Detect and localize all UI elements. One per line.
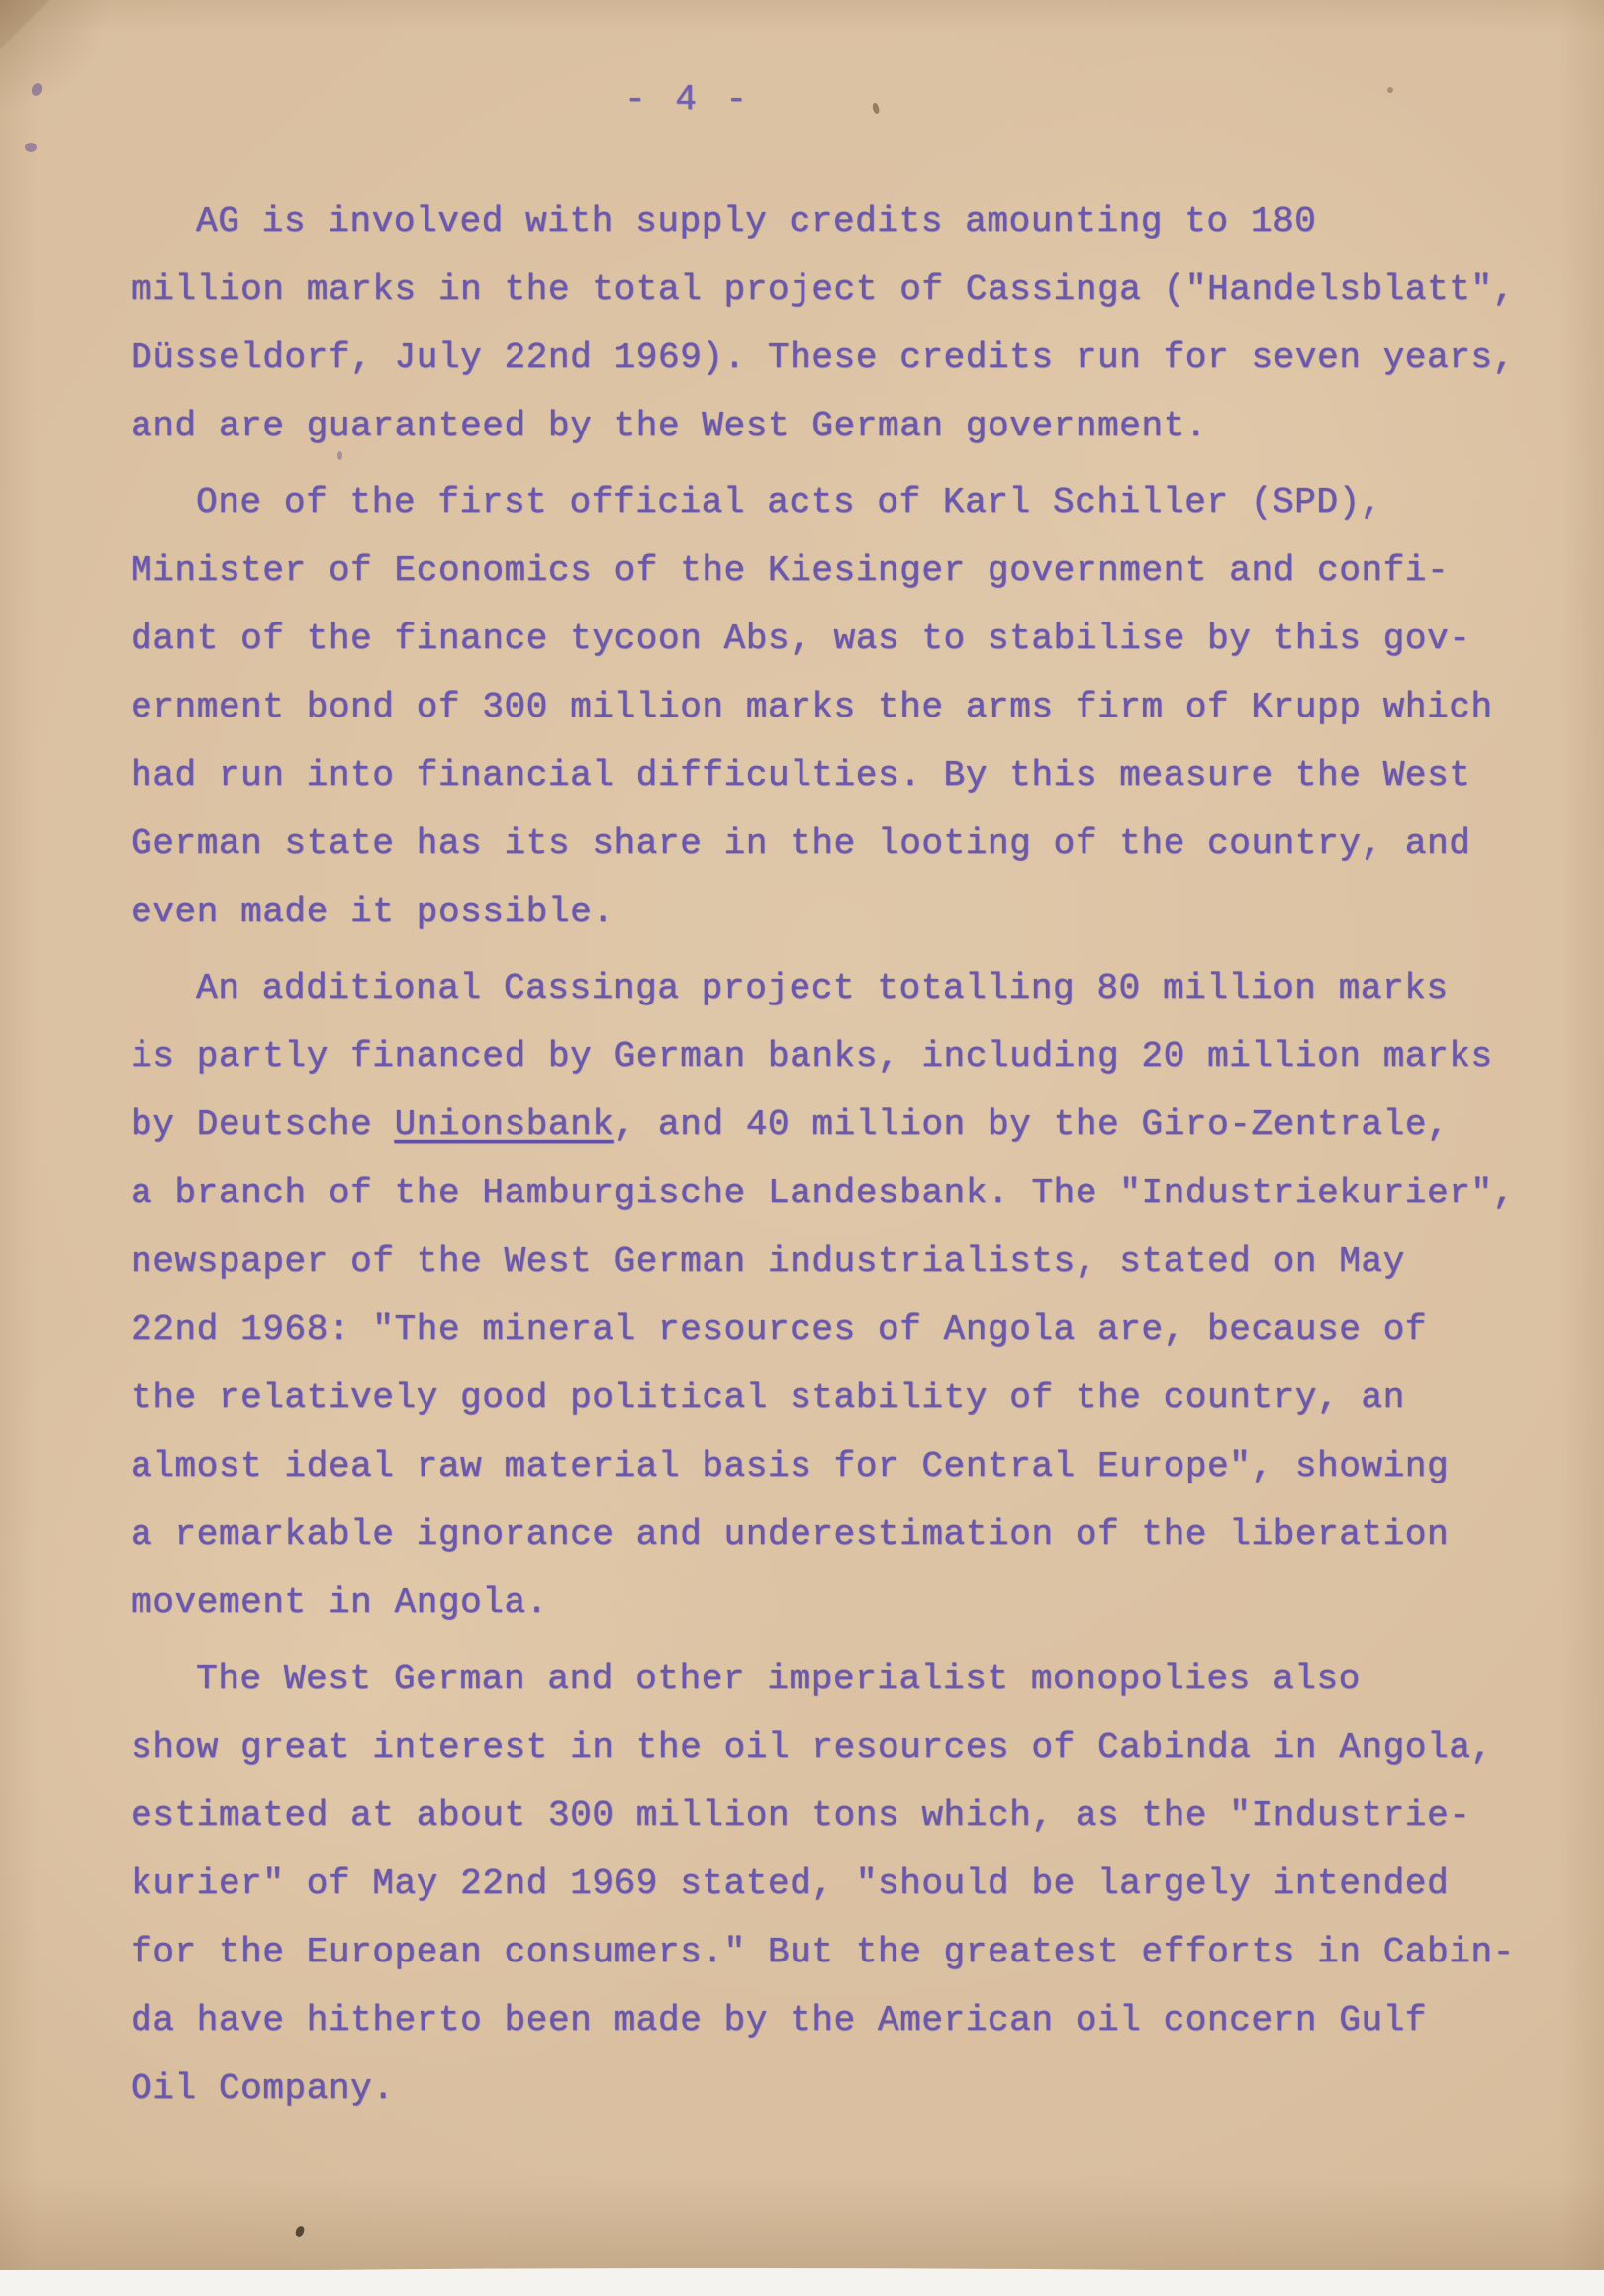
- ink-speck: [295, 2225, 306, 2238]
- text-line: a remarkable ignorance and underestimati…: [131, 1500, 1536, 1569]
- text-line: Minister of Economics of the Kiesinger g…: [131, 536, 1536, 605]
- text-line: movement in Angola.: [131, 1569, 1536, 1637]
- document-page: - 4 - AG is involved with supply credits…: [0, 0, 1604, 2270]
- paragraph-2: One of the first official acts of Karl S…: [131, 468, 1536, 946]
- text-line: by Deutsche Unionsbank, and 40 million b…: [131, 1091, 1536, 1159]
- paragraph-4: The West German and other imperialist mo…: [131, 1645, 1536, 2123]
- text-line: is partly financed by German banks, incl…: [131, 1022, 1536, 1091]
- text-line: a branch of the Hamburgische Landesbank.…: [131, 1159, 1536, 1227]
- document-text: AG is involved with supply credits amoun…: [131, 187, 1536, 2131]
- text-line: and are guaranteed by the West German go…: [131, 392, 1536, 460]
- text-line: ernment bond of 300 million marks the ar…: [131, 673, 1536, 741]
- text-line: German state has its share in the lootin…: [131, 810, 1536, 878]
- text-line: kurier" of May 22nd 1969 stated, "should…: [131, 1850, 1536, 1918]
- ink-speck: [1387, 87, 1393, 93]
- text-line: dant of the finance tycoon Abs, was to s…: [131, 605, 1536, 673]
- scan-bottom-edge: [0, 2268, 1604, 2296]
- text-fragment: by Deutsche: [131, 1104, 394, 1145]
- text-line: One of the first official acts of Karl S…: [131, 468, 1536, 536]
- text-line: newspaper of the West German industriali…: [131, 1227, 1536, 1295]
- text-line: estimated at about 300 million tons whic…: [131, 1781, 1536, 1850]
- text-line: show great interest in the oil resources…: [131, 1713, 1536, 1781]
- text-line: 22nd 1968: "The mineral resources of Ang…: [131, 1295, 1536, 1364]
- underlined-word: Unionsbank: [394, 1104, 613, 1145]
- text-line: for the European consumers." But the gre…: [131, 1918, 1536, 1986]
- ink-speck: [25, 143, 37, 152]
- text-line: even made it possible.: [131, 878, 1536, 946]
- text-fragment: , and 40 million by the Giro-Zentrale,: [614, 1104, 1450, 1145]
- paragraph-1: AG is involved with supply credits amoun…: [131, 187, 1536, 460]
- text-line: million marks in the total project of Ca…: [131, 255, 1536, 324]
- page-number: - 4 -: [0, 79, 1375, 120]
- text-line: almost ideal raw material basis for Cent…: [131, 1432, 1536, 1500]
- text-line: Düsseldorf, July 22nd 1969). These credi…: [131, 324, 1536, 392]
- text-line: da have hitherto been made by the Americ…: [131, 1986, 1536, 2055]
- text-line: Oil Company.: [131, 2055, 1536, 2123]
- text-line: The West German and other imperialist mo…: [131, 1645, 1536, 1713]
- text-line: the relatively good political stability …: [131, 1364, 1536, 1432]
- text-line: had run into financial difficulties. By …: [131, 741, 1536, 810]
- text-line: AG is involved with supply credits amoun…: [131, 187, 1536, 255]
- paragraph-3: An additional Cassinga project totalling…: [131, 954, 1536, 1637]
- text-line: An additional Cassinga project totalling…: [131, 954, 1536, 1022]
